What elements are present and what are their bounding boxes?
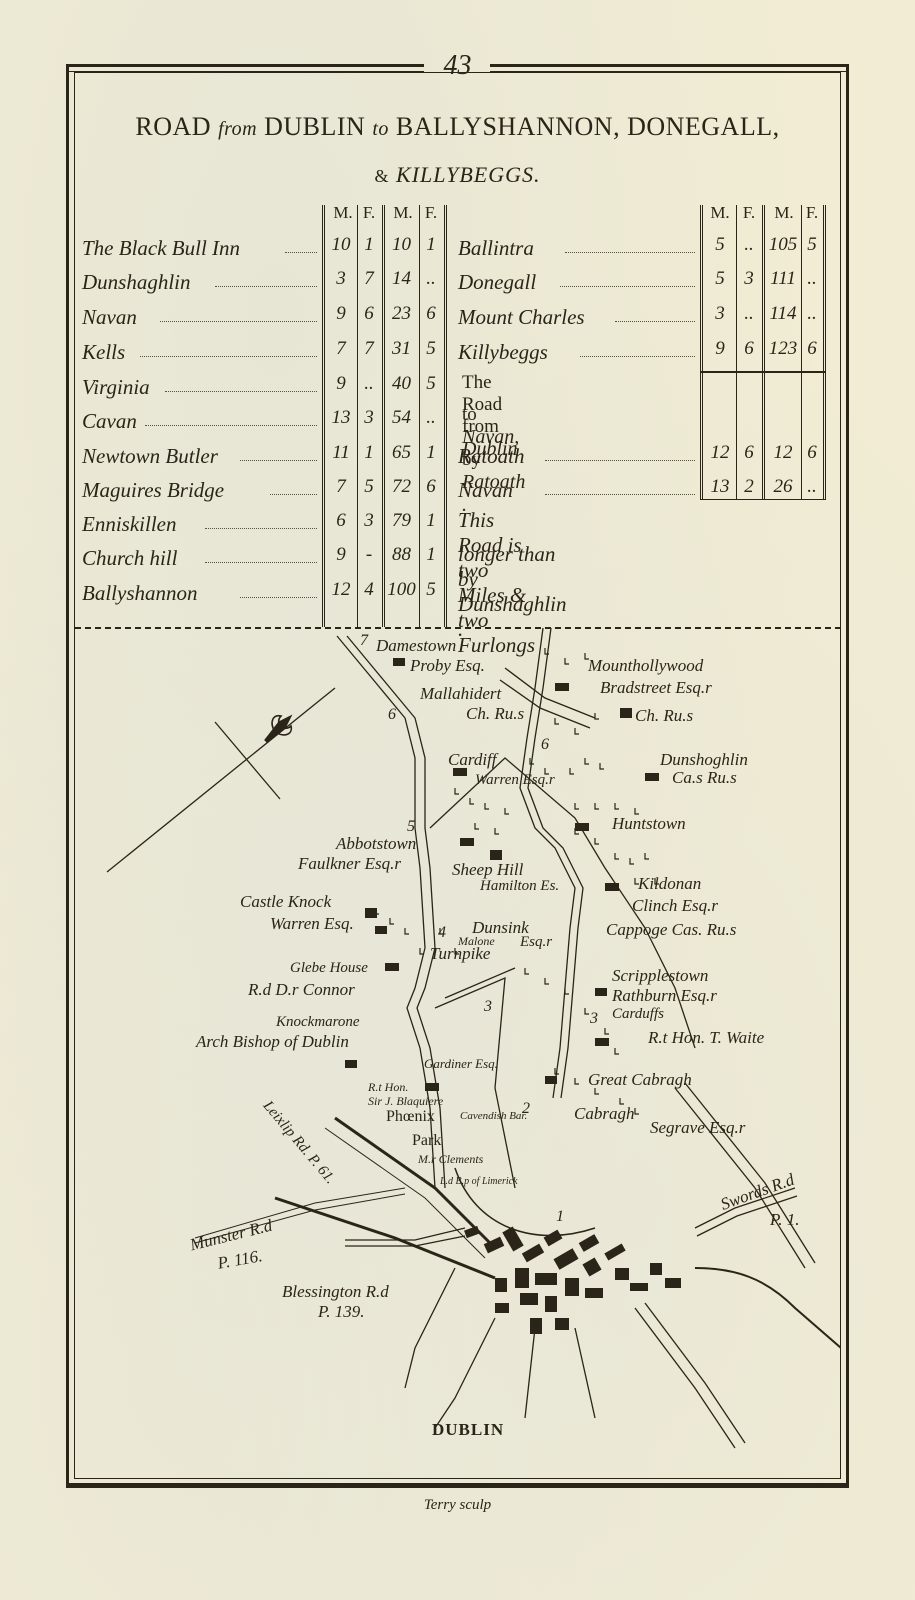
map-label-scripplestown: Scripplestown (612, 966, 708, 986)
map-label-dunshoghlin: Dunshoghlin (660, 750, 748, 770)
map-label-mr-clements: M.r Clements (418, 1152, 483, 1167)
header-m: M. (706, 203, 734, 223)
map-label-church-ruins-1: Ch. Ru.s (466, 704, 524, 724)
total-miles: 105 (765, 234, 801, 256)
column-rule (736, 205, 737, 500)
map-label-waite: R.t Hon. T. Waite (648, 1028, 764, 1048)
column-rule (700, 205, 703, 500)
place-name: Navan (458, 478, 513, 503)
total-furlongs: 5 (420, 579, 442, 601)
furlongs: .. (738, 303, 760, 325)
place-name: Newtown Butler (82, 444, 218, 469)
place-name: Donegall (458, 270, 536, 295)
leader-dots (165, 391, 317, 392)
leader-dots (160, 321, 317, 322)
map-label-blessington-page: P. 139. (318, 1302, 364, 1322)
map-label-gardiner: Gardiner Esq. (424, 1056, 498, 1072)
total-furlongs: 6 (420, 476, 442, 498)
map-label-blaquiere-name: Sir J. Blaquiere (368, 1094, 443, 1109)
total-miles: 23 (385, 303, 418, 325)
table-rule (700, 371, 825, 373)
milestone-marker: 2 (522, 1100, 530, 1118)
total-miles: 31 (385, 338, 418, 360)
map-label-archbishop: Arch Bishop of Dublin (196, 1032, 349, 1052)
place-name: Killybeggs (458, 340, 548, 365)
map-label-cabragh: Cabragh (574, 1104, 634, 1124)
total-furlongs: .. (802, 303, 822, 325)
total-miles: 10 (385, 234, 418, 256)
miles: 5 (706, 234, 734, 256)
furlongs: 4 (358, 579, 380, 601)
map-label-cappoge: Cappoge Cas. Ru.s (606, 920, 736, 940)
map-label-damestown: Damestown (376, 636, 456, 656)
furlongs: 7 (358, 268, 380, 290)
leader-dots (240, 597, 317, 598)
leader-dots (285, 252, 317, 253)
map-label-cavendish: Cavendish Bar. (460, 1110, 527, 1122)
furlongs: 1 (358, 442, 380, 464)
place-name: Ballintra (458, 236, 534, 261)
miles: 13 (706, 476, 734, 498)
map-label-glebe-house: Glebe House (290, 960, 368, 977)
header-m: M. (330, 203, 356, 223)
map-label-church-ruins-2: Ch. Ru.s (635, 706, 693, 726)
milestone-marker: 1 (556, 1208, 564, 1226)
total-furlongs: .. (802, 268, 822, 290)
map-label-bishop-limerick: L.d B.p of Limerick (440, 1176, 518, 1187)
title-road: ROAD (135, 112, 211, 141)
compass-north-arrow-icon (107, 688, 335, 872)
total-miles: 111 (765, 268, 801, 290)
place-name: Enniskillen (82, 512, 176, 537)
total-miles: 65 (385, 442, 418, 464)
map-label-warren-1: Warren Esq.r (475, 772, 555, 789)
total-furlongs: .. (420, 268, 442, 290)
total-miles: 14 (385, 268, 418, 290)
miles: 11 (326, 442, 356, 464)
map-label-hamilton: Hamilton Es. (480, 878, 559, 895)
milestone-marker: 6 (388, 706, 396, 724)
map-label-segrave: Segrave Esq.r (650, 1118, 745, 1138)
total-miles: 79 (385, 510, 418, 532)
map-label-sheep-hill: Sheep Hill (452, 860, 523, 880)
map-label-huntstown: Huntstown (612, 814, 686, 834)
total-miles: 72 (385, 476, 418, 498)
leader-dots (140, 356, 317, 357)
map-label-blaquiere-title: R.t Hon. (368, 1080, 408, 1095)
map-label-mallahidert: Mallahidert (420, 684, 501, 704)
miles: 9 (326, 303, 356, 325)
map-label-faulkner: Faulkner Esq.r (298, 854, 401, 874)
map-label-phoenix: Phœnix (386, 1108, 435, 1126)
total-furlongs: .. (420, 407, 442, 429)
total-furlongs: 5 (420, 373, 442, 395)
title-to: to (372, 118, 389, 140)
total-miles: 54 (385, 407, 418, 429)
place-name: Mount Charles (458, 305, 585, 330)
place-name: Virginia (82, 375, 150, 400)
leader-dots (215, 286, 317, 287)
furlongs: 7 (358, 338, 380, 360)
place-name: Ballyshannon (82, 581, 198, 606)
title-from: from (218, 118, 257, 140)
total-furlongs: .. (802, 476, 822, 498)
page-subtitle: & KILLYBEGGS. (0, 162, 915, 188)
furlongs: 6 (738, 442, 760, 464)
furlongs: 2 (738, 476, 760, 498)
total-furlongs: 1 (420, 544, 442, 566)
map-label-bradstreet: Bradstreet Esq.r (600, 678, 712, 698)
map-label-dunsink-esq: Esq.r (520, 934, 552, 951)
total-miles: 26 (765, 476, 801, 498)
title-origin: DUBLIN (264, 112, 365, 141)
leader-dots (545, 494, 695, 495)
leader-dots (580, 356, 695, 357)
leader-dots (145, 425, 317, 426)
miles: 3 (326, 268, 356, 290)
milestone-marker: 4 (438, 924, 446, 942)
place-name: Church hill (82, 546, 177, 571)
map-label-blessington-road: Blessington R.d (282, 1282, 389, 1302)
furlongs: .. (738, 234, 760, 256)
place-name: Ratoath (458, 444, 525, 469)
leader-dots (205, 562, 317, 563)
furlongs: - (358, 544, 380, 566)
leader-dots (615, 321, 695, 322)
dublin-city-blocks (464, 1226, 681, 1334)
leader-dots (240, 460, 317, 461)
leader-dots (205, 528, 317, 529)
miles: 7 (326, 338, 356, 360)
total-furlongs: 1 (420, 234, 442, 256)
map-label-swords-page: P. 1. (770, 1210, 799, 1230)
subtitle-ampersand: & (375, 166, 390, 186)
milestone-marker: 3 (590, 1010, 598, 1028)
total-furlongs: 1 (420, 510, 442, 532)
place-name: Dunshaghlin (82, 270, 191, 295)
miles: 7 (326, 476, 356, 498)
table-rule (700, 499, 825, 500)
map-label-warren-2: Warren Esq. (270, 914, 354, 934)
leader-dots (560, 286, 695, 287)
total-furlongs: 6 (420, 303, 442, 325)
miles: 12 (326, 579, 356, 601)
total-miles: 88 (385, 544, 418, 566)
furlongs: 1 (358, 234, 380, 256)
total-miles: 114 (765, 303, 801, 325)
header-total-f: F. (420, 203, 442, 223)
miles: 13 (326, 407, 356, 429)
total-furlongs: 1 (420, 442, 442, 464)
milestone-marker: 3 (484, 998, 492, 1016)
map-label-park: Park (412, 1132, 441, 1150)
total-miles: 12 (765, 442, 801, 464)
total-furlongs: 5 (420, 338, 442, 360)
header-f: F. (358, 203, 380, 223)
map-label-proby: Proby Esq. (410, 656, 485, 676)
miles: 9 (706, 338, 734, 360)
place-name: Maguires Bridge (82, 478, 224, 503)
map-label-knockmarone: Knockmarone (276, 1014, 360, 1031)
heading-text: to (462, 404, 477, 425)
leader-dots (565, 252, 695, 253)
furlongs: 3 (738, 268, 760, 290)
furlongs: 6 (358, 303, 380, 325)
milestone-marker: 7 (360, 632, 368, 650)
total-furlongs: 6 (802, 442, 822, 464)
engraver-credit: Terry sculp (0, 1497, 915, 1514)
column-rule (322, 205, 325, 627)
place-name: Kells (82, 340, 125, 365)
map-label-connor: R.d D.r Connor (248, 980, 355, 1000)
total-miles: 123 (765, 338, 801, 360)
total-miles: 40 (385, 373, 418, 395)
map-label-dublin: DUBLIN (432, 1420, 504, 1440)
furlongs: .. (358, 373, 380, 395)
total-miles: 100 (385, 579, 418, 601)
miles: 6 (326, 510, 356, 532)
header-f: F. (738, 203, 760, 223)
map-label-castle-ruins: Ca.s Ru.s (672, 768, 737, 788)
furlongs: 3 (358, 510, 380, 532)
title-destinations: BALLYSHANNON, DONEGALL, (396, 112, 780, 141)
miles: 9 (326, 544, 356, 566)
map-label-carduffs: Carduffs (612, 1006, 664, 1023)
map-label-kildonan: Kildonan (638, 874, 701, 894)
furlongs: 5 (358, 476, 380, 498)
place-name: The Black Bull Inn (82, 236, 240, 261)
subtitle-text: KILLYBEGGS. (396, 162, 540, 187)
column-rule (444, 205, 447, 627)
miles: 12 (706, 442, 734, 464)
map-label-clinch: Clinch Esq.r (632, 896, 718, 916)
map-label-abbotstown: Abbotstown (336, 834, 416, 854)
leader-dots (270, 494, 317, 495)
leader-dots (545, 460, 695, 461)
map-label-cardiff: Cardiff (448, 750, 497, 770)
furlongs: 6 (738, 338, 760, 360)
map-label-mounthollywood: Mounthollywood (588, 656, 703, 676)
column-rule (823, 205, 826, 500)
map-label-turnpike: Turnpike (430, 944, 490, 964)
place-name: Cavan (82, 409, 137, 434)
map-label-great-cabragh: Great Cabragh (588, 1070, 692, 1090)
milestone-marker: 6 (541, 736, 549, 754)
header-total-m: M. (388, 203, 418, 223)
header-total-f: F. (802, 203, 822, 223)
map-label-castle-knock: Castle Knock (240, 892, 331, 912)
map-label-rathburn: Rathburn Esq.r (612, 986, 717, 1006)
total-furlongs: 6 (802, 338, 822, 360)
page-title: ROAD from DUBLIN to BALLYSHANNON, DONEGA… (0, 112, 915, 142)
total-furlongs: 5 (802, 234, 822, 256)
miles: 5 (706, 268, 734, 290)
header-total-m: M. (768, 203, 800, 223)
miles: 3 (706, 303, 734, 325)
miles: 9 (326, 373, 356, 395)
milestone-marker: 5 (407, 818, 415, 836)
place-name: Navan (82, 305, 137, 330)
furlongs: 3 (358, 407, 380, 429)
miles: 10 (326, 234, 356, 256)
